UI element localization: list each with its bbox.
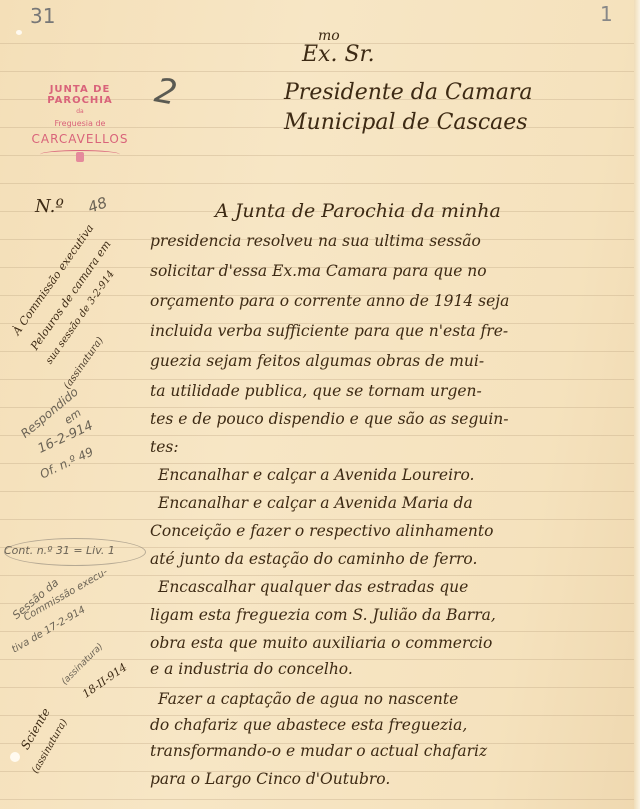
archive-number: 31 [30, 4, 55, 28]
number-value: 48 [85, 193, 109, 216]
stamp-line4: CARCAVELLOS [28, 132, 132, 146]
salutation: Ex. Sr. [302, 42, 375, 67]
address-line3: Municipal de Cascaes [284, 110, 528, 135]
punch-hole [16, 30, 22, 35]
stamp-ornament-icon [40, 148, 120, 162]
body-line: tes e de pouco dispendio e que são as se… [150, 410, 509, 428]
number-label: N.º [35, 196, 64, 217]
body-line: presidencia resolveu na sua ultima sessã… [150, 232, 481, 250]
address-line2: Presidente da Camara [284, 80, 533, 105]
body-line: transformando-o e mudar o actual chafari… [150, 742, 487, 760]
body-line: guezia sejam feitos algumas obras de mui… [150, 352, 484, 370]
note3-oval [4, 538, 146, 566]
body-line: solicitar d'essa Ex.ma Camara para que n… [150, 262, 487, 280]
body-line: até junto da estação do caminho de ferro… [150, 550, 477, 568]
stamp-line2: da [28, 108, 132, 115]
page-mark: 1 [600, 2, 613, 26]
body-line: Encanalhar e calçar a Avenida Maria da [158, 494, 473, 512]
body-line: e a industria do concelho. [150, 660, 353, 678]
body-line: do chafariz que abastece esta freguezia, [150, 716, 467, 734]
body-line: orçamento para o corrente anno de 1914 s… [150, 292, 509, 310]
parish-stamp: JUNTA DE PAROCHIA da Freguesia de CARCAV… [28, 84, 132, 162]
body-line: Encascalhar qualquer das estradas que [158, 578, 468, 596]
punch-hole [10, 752, 20, 762]
stamp-line3: Freguesia de [28, 119, 132, 128]
body-line: tes: [150, 438, 179, 456]
body-line: Conceição e fazer o respectivo alinhamen… [150, 522, 493, 540]
document-page: 31 1 2 JUNTA DE PAROCHIA da Freguesia de… [0, 0, 640, 809]
body-line: Encanalhar e calçar a Avenida Loureiro. [158, 466, 474, 484]
body-line: Fazer a captação de agua no nascente [158, 690, 458, 708]
body-line: obra esta que muito auxiliaria o commerc… [150, 634, 492, 652]
body-line: A Junta de Parochia da minha [215, 200, 501, 222]
body-line: ta utilidade publica, que se tornam urge… [150, 382, 482, 400]
body-line: ligam esta freguezia com S. Julião da Ba… [150, 606, 496, 624]
stamp-line1: JUNTA DE PAROCHIA [28, 84, 132, 106]
margin-mark-top: 2 [152, 70, 180, 113]
body-line: para o Largo Cinco d'Outubro. [150, 770, 390, 788]
body-line: incluida verba sufficiente para que n'es… [150, 322, 508, 340]
